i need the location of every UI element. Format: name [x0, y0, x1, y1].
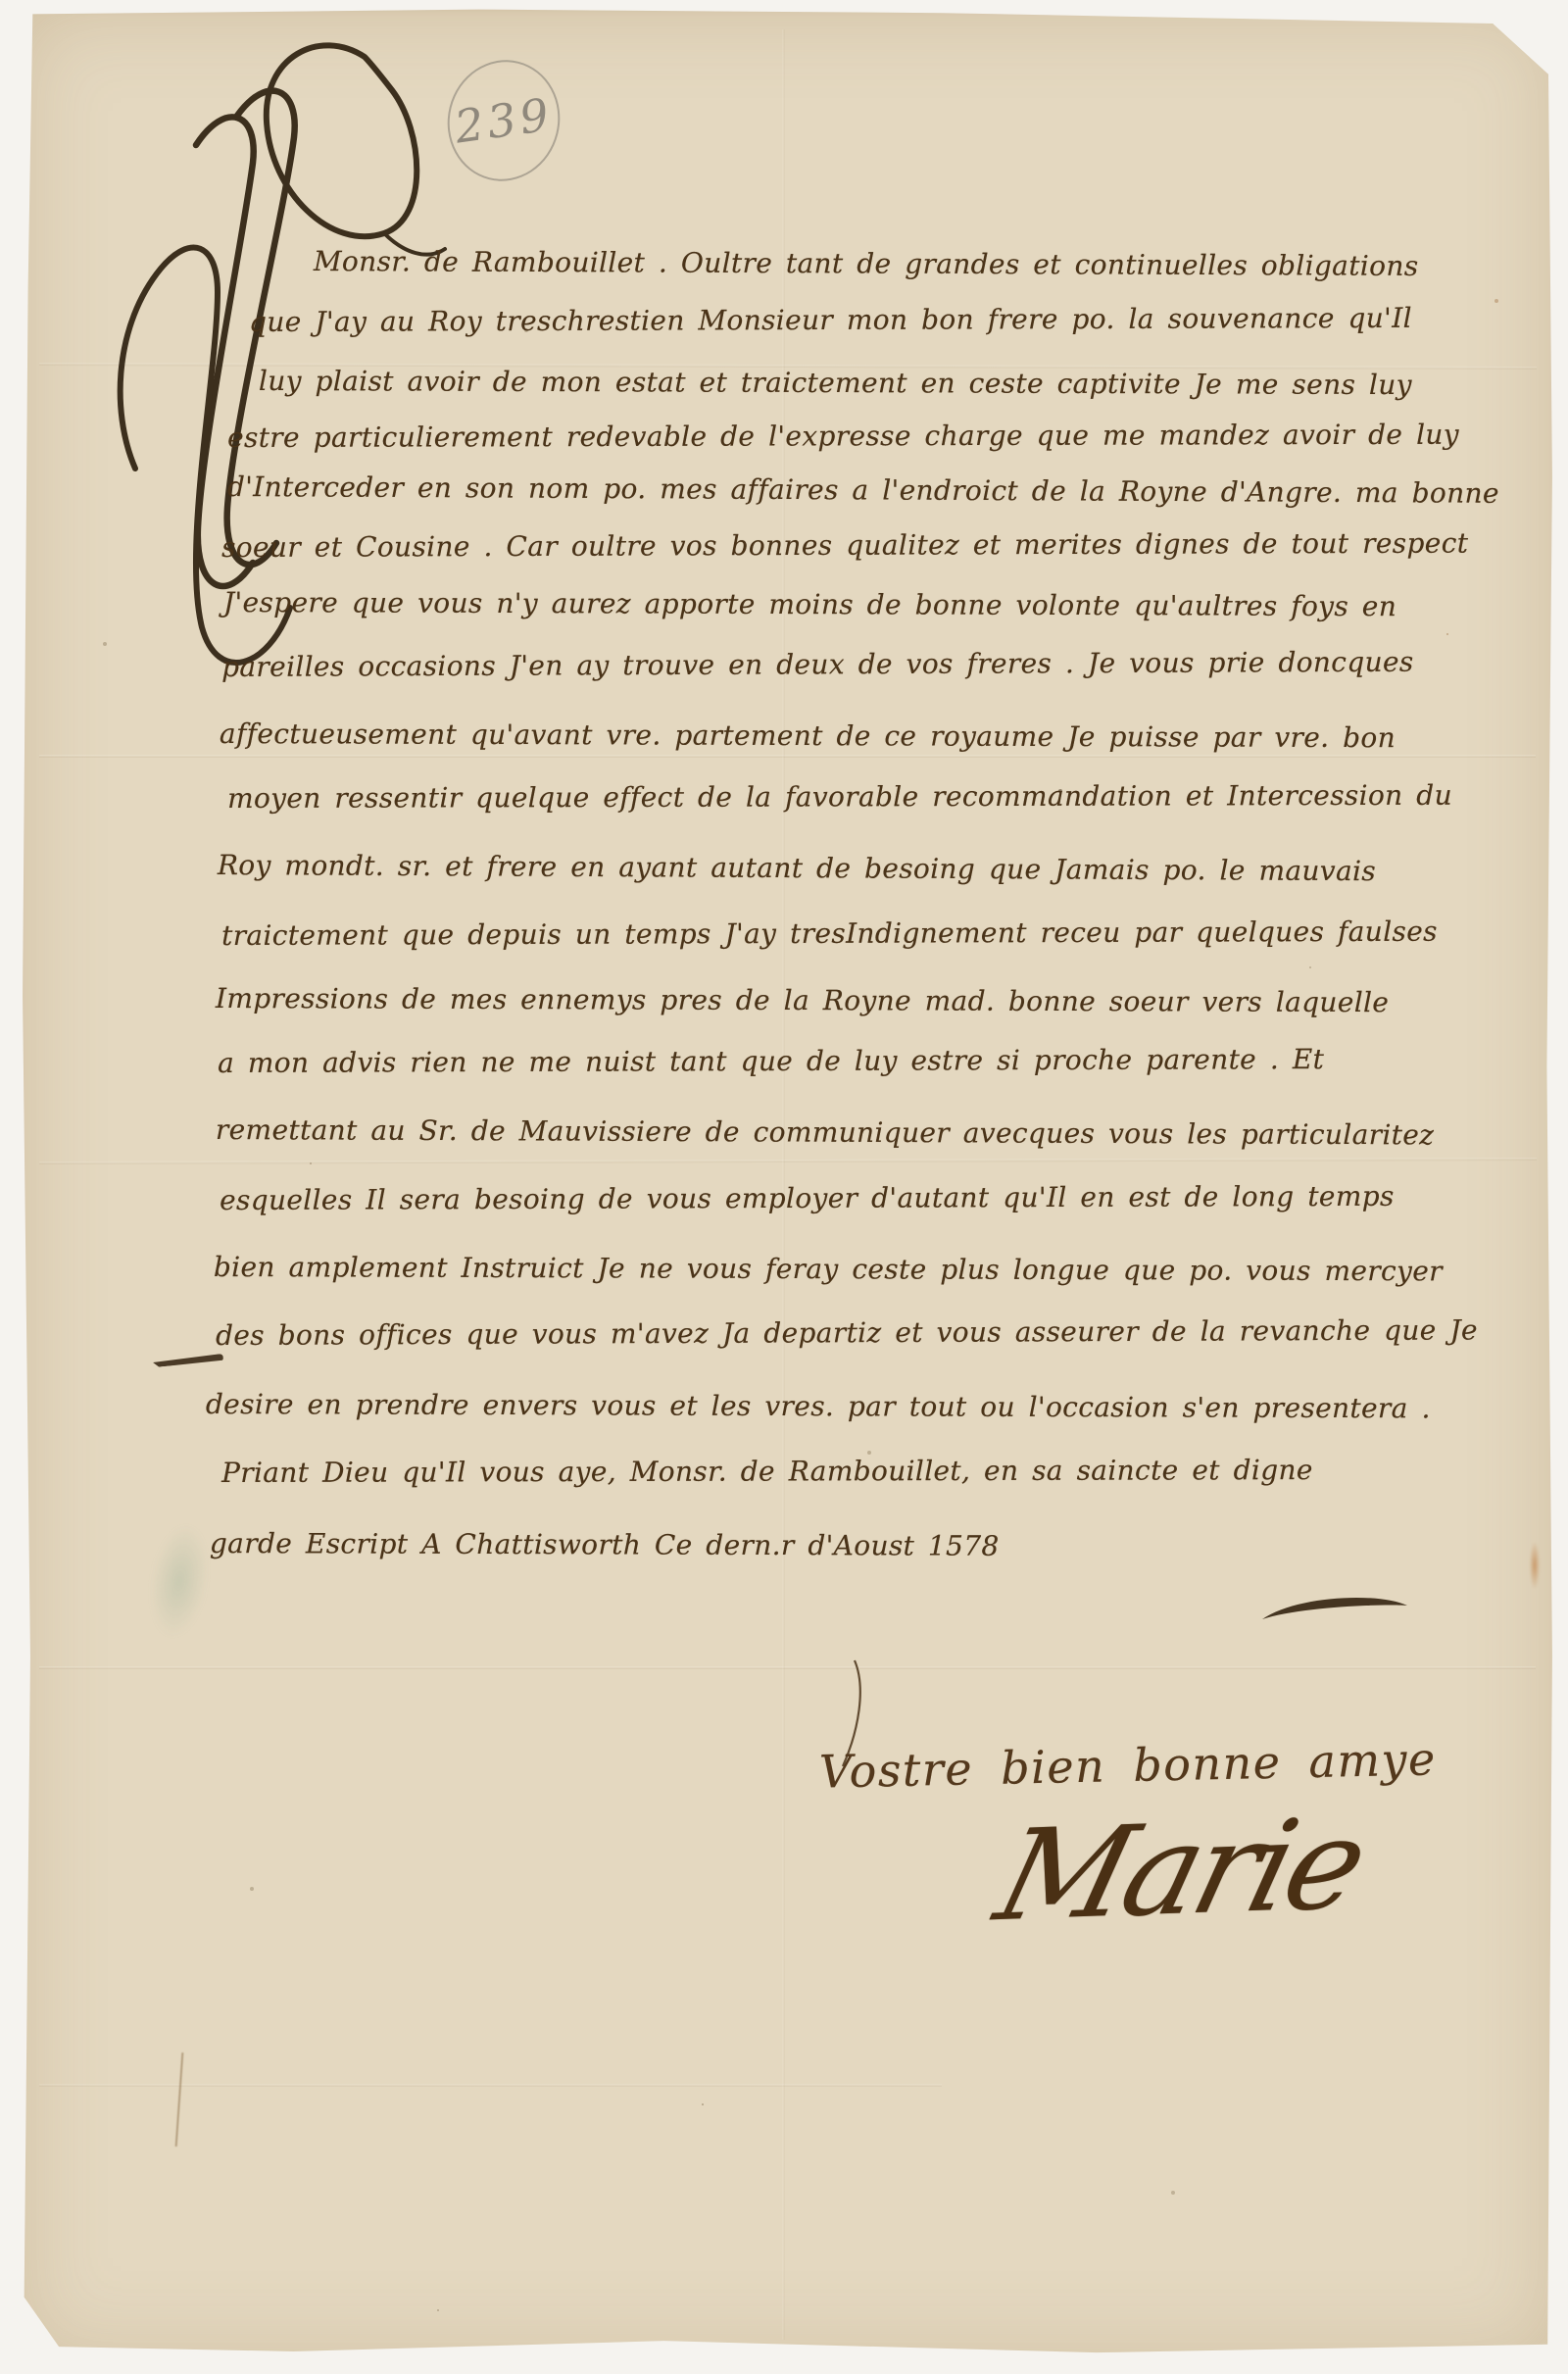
letter-line: affectueusement qu'avant vre. partement … — [220, 717, 1396, 754]
margin-dash-mark — [153, 1354, 223, 1367]
fold-crease — [39, 755, 1537, 758]
letter-line: d'Interceder en son nom po. mes affaires… — [227, 470, 1499, 510]
paper-scratch — [175, 2053, 184, 2147]
manuscript-photo: { "annotation": { "number": "239" }, "le… — [0, 0, 1568, 2374]
letter-line: soeur et Cousine . Car oultre vos bonnes… — [221, 527, 1468, 564]
letter-line: que J'ay au Roy treschrestien Monsieur m… — [249, 302, 1412, 338]
letter-line: bien amplement Instruict Je ne vous fera… — [214, 1251, 1443, 1287]
letter-line: traictement que depuis un temps J'ay tre… — [221, 915, 1438, 952]
fold-crease — [39, 2084, 942, 2087]
signature-marie: Marie — [984, 1792, 1377, 1950]
letter-line: moyen ressentir quelque effect de la fav… — [227, 779, 1452, 815]
letter-line: a mon advis rien ne me nuist tant que de… — [218, 1043, 1324, 1079]
letter-line: luy plaist avoir de mon estat et traicte… — [259, 365, 1412, 401]
letter-line: des bons offices que vous m'avez Ja depa… — [216, 1313, 1478, 1352]
letter-line: estre particulierement redevable de l'ex… — [227, 419, 1459, 454]
letter-paper: 239 Monsr. de Rambouillet . Oultre tant … — [16, 6, 1559, 2363]
letter-line: pareilles occasions J'en ay trouve en de… — [221, 646, 1414, 683]
letter-line: J'espere que vous n'y aurez apporte moin… — [223, 586, 1396, 622]
letter-line: Priant Dieu qu'Il vous aye, Monsr. de Ra… — [221, 1454, 1313, 1489]
rust-stain — [1530, 1543, 1540, 1588]
collection-number: 239 — [452, 87, 556, 153]
letter-line: Impressions de mes ennemys pres de la Ro… — [216, 982, 1389, 1018]
letter-line: esquelles Il sera besoing de vous employ… — [220, 1180, 1395, 1216]
letter-line: Roy mondt. sr. et frere en ayant autant … — [218, 849, 1376, 887]
letter-line: remettant au Sr. de Mauvissiere de commu… — [216, 1113, 1435, 1151]
green-stain — [142, 1519, 217, 1643]
fold-crease — [39, 1158, 1537, 1164]
foxing-specks — [16, 6, 18, 8]
letter-line: desire en prendre envers vous et les vre… — [206, 1388, 1431, 1424]
letter-line: Monsr. de Rambouillet . Oultre tant de g… — [314, 245, 1419, 282]
